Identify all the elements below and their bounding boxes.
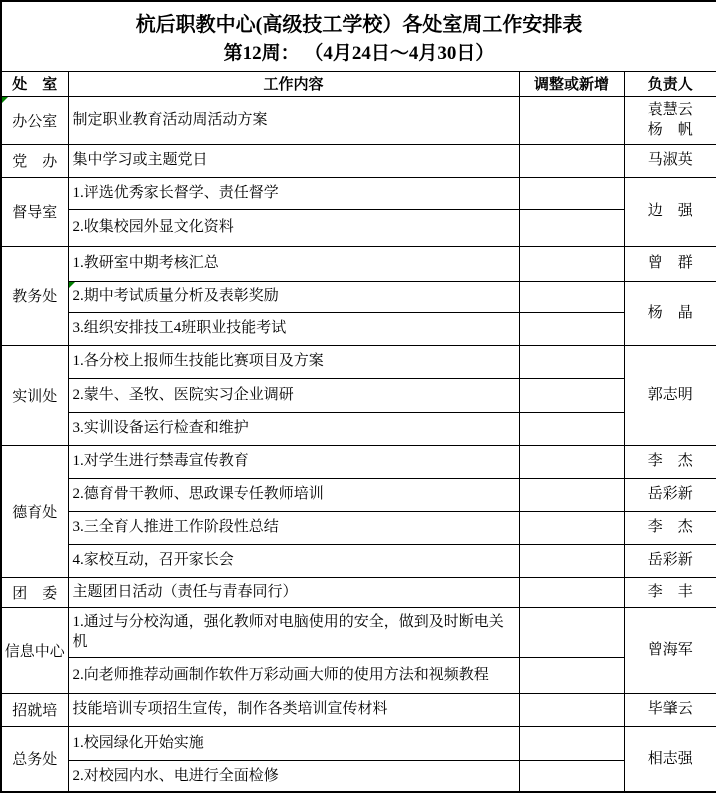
header-owner: 负责人 bbox=[624, 71, 716, 96]
adjust-cell bbox=[519, 478, 624, 511]
owner-cell: 李 杰 bbox=[624, 511, 716, 544]
task-cell: 主题团日活动（责任与青春同行） bbox=[68, 577, 519, 607]
dept-cell: 招就培 bbox=[1, 693, 68, 726]
dept-cell: 教务处 bbox=[1, 246, 68, 345]
dept-label: 办公室 bbox=[12, 114, 57, 130]
dept-cell: 信息中心 bbox=[1, 607, 68, 693]
adjust-cell bbox=[519, 144, 624, 177]
owner-cell: 郭志明 bbox=[624, 345, 716, 445]
adjust-cell bbox=[519, 281, 624, 312]
owner-cell: 李 杰 bbox=[624, 445, 716, 478]
title-cell: 杭后职教中心(高级技工学校）各处室周工作安排表 第12周： （4月24日～4月3… bbox=[1, 1, 716, 71]
task-cell: 1.各分校上报师生技能比赛项目及方案 bbox=[68, 345, 519, 378]
table-row: 3.实训设备运行检查和维护 bbox=[1, 412, 716, 445]
table-subtitle: 第12周： （4月24日～4月30日） bbox=[2, 40, 716, 68]
adjust-cell bbox=[519, 412, 624, 445]
task-cell: 2.对校园内水、电进行全面检修 bbox=[68, 760, 519, 792]
owner-cell: 马淑英 bbox=[624, 144, 716, 177]
table-row: 德育处 1.对学生进行禁毒宣传教育 李 杰 bbox=[1, 445, 716, 478]
table-row: 招就培 技能培训专项招生宣传，制作各类培训宣传材料 毕肇云 bbox=[1, 693, 716, 726]
owner-cell: 毕肇云 bbox=[624, 693, 716, 726]
table-row: 2.对校园内水、电进行全面检修 bbox=[1, 760, 716, 792]
task-cell: 技能培训专项招生宣传，制作各类培训宣传材料 bbox=[68, 693, 519, 726]
adjust-cell bbox=[519, 378, 624, 412]
task-cell: 3.组织安排技工4班职业技能考试 bbox=[68, 312, 519, 345]
task-cell: 1.教研室中期考核汇总 bbox=[68, 246, 519, 281]
owner-cell: 李 丰 bbox=[624, 577, 716, 607]
task-cell: 1.通过与分校沟通，强化教师对电脑使用的安全，做到及时断电关机 bbox=[68, 607, 519, 657]
task-cell: 1.评选优秀家长督学、责任督学 bbox=[68, 177, 519, 209]
dept-cell: 实训处 bbox=[1, 345, 68, 445]
task-cell: 4.家校互动，召开家长会 bbox=[68, 544, 519, 577]
table-row: 2.期中考试质量分析及表彰奖励 杨 晶 bbox=[1, 281, 716, 312]
adjust-cell bbox=[519, 607, 624, 657]
task-cell: 2.期中考试质量分析及表彰奖励 bbox=[68, 281, 519, 312]
table-row: 总务处 1.校园绿化开始实施 相志强 bbox=[1, 726, 716, 760]
task-cell: 2.蒙牛、圣牧、医院实习企业调研 bbox=[68, 378, 519, 412]
adjust-cell bbox=[519, 96, 624, 144]
adjust-cell bbox=[519, 577, 624, 607]
task-cell: 2.向老师推荐动画制作软件万彩动画大师的使用方法和视频教程 bbox=[68, 657, 519, 693]
table-row: 4.家校互动，召开家长会 岳彩新 bbox=[1, 544, 716, 577]
header-content: 工作内容 bbox=[68, 71, 519, 96]
dept-cell: 团 委 bbox=[1, 577, 68, 607]
table-row: 2.德育骨干教师、思政课专任教师培训 岳彩新 bbox=[1, 478, 716, 511]
adjust-cell bbox=[519, 177, 624, 209]
task-cell: 2.收集校园外显文化资料 bbox=[68, 209, 519, 246]
owner-cell: 相志强 bbox=[624, 726, 716, 792]
task-cell: 3.实训设备运行检查和维护 bbox=[68, 412, 519, 445]
table-title: 杭后职教中心(高级技工学校）各处室周工作安排表 bbox=[2, 5, 716, 40]
adjust-cell bbox=[519, 345, 624, 378]
table-row: 信息中心 1.通过与分校沟通，强化教师对电脑使用的安全，做到及时断电关机 曾海军 bbox=[1, 607, 716, 657]
owner-cell: 杨 晶 bbox=[624, 281, 716, 345]
task-cell: 制定职业教育活动周活动方案 bbox=[68, 96, 519, 144]
adjust-cell bbox=[519, 760, 624, 792]
header-row: 处 室 工作内容 调整或新增 负责人 bbox=[1, 71, 716, 96]
dept-cell: 督导室 bbox=[1, 177, 68, 246]
adjust-cell bbox=[519, 693, 624, 726]
table-row: 教务处 1.教研室中期考核汇总 曾 群 bbox=[1, 246, 716, 281]
dept-cell: 德育处 bbox=[1, 445, 68, 577]
header-dept: 处 室 bbox=[1, 71, 68, 96]
owner-cell: 岳彩新 bbox=[624, 544, 716, 577]
dept-cell: 总务处 bbox=[1, 726, 68, 792]
task-cell: 1.对学生进行禁毒宣传教育 bbox=[68, 445, 519, 478]
task-label: 2.期中考试质量分析及表彰奖励 bbox=[73, 288, 279, 304]
owner-cell: 袁慧云 杨 帆 bbox=[624, 96, 716, 144]
owner-cell: 边 强 bbox=[624, 177, 716, 246]
adjust-cell bbox=[519, 726, 624, 760]
table-row: 督导室 1.评选优秀家长督学、责任督学 边 强 bbox=[1, 177, 716, 209]
work-schedule-table: 杭后职教中心(高级技工学校）各处室周工作安排表 第12周： （4月24日～4月3… bbox=[0, 0, 716, 793]
table-row: 3.组织安排技工4班职业技能考试 bbox=[1, 312, 716, 345]
dept-cell: 办公室 bbox=[1, 96, 68, 144]
owner-cell: 曾 群 bbox=[624, 246, 716, 281]
table-row: 实训处 1.各分校上报师生技能比赛项目及方案 郭志明 bbox=[1, 345, 716, 378]
adjust-cell bbox=[519, 246, 624, 281]
adjust-cell bbox=[519, 544, 624, 577]
task-cell: 3.三全育人推进工作阶段性总结 bbox=[68, 511, 519, 544]
task-cell: 2.德育骨干教师、思政课专任教师培训 bbox=[68, 478, 519, 511]
adjust-cell bbox=[519, 209, 624, 246]
table-row: 党 办 集中学习或主题党日 马淑英 bbox=[1, 144, 716, 177]
table-row: 2.蒙牛、圣牧、医院实习企业调研 bbox=[1, 378, 716, 412]
adjust-cell bbox=[519, 511, 624, 544]
dept-cell: 党 办 bbox=[1, 144, 68, 177]
task-cell: 集中学习或主题党日 bbox=[68, 144, 519, 177]
adjust-cell bbox=[519, 445, 624, 478]
table-row: 2.收集校园外显文化资料 bbox=[1, 209, 716, 246]
task-cell: 1.校园绿化开始实施 bbox=[68, 726, 519, 760]
header-adjust: 调整或新增 bbox=[519, 71, 624, 96]
adjust-cell bbox=[519, 657, 624, 693]
adjust-cell bbox=[519, 312, 624, 345]
table-row: 团 委 主题团日活动（责任与青春同行） 李 丰 bbox=[1, 577, 716, 607]
owner-cell: 曾海军 bbox=[624, 607, 716, 693]
table-row: 办公室 制定职业教育活动周活动方案 袁慧云 杨 帆 bbox=[1, 96, 716, 144]
table-row: 3.三全育人推进工作阶段性总结 李 杰 bbox=[1, 511, 716, 544]
excel-error-marker-icon bbox=[2, 97, 8, 103]
title-row: 杭后职教中心(高级技工学校）各处室周工作安排表 第12周： （4月24日～4月3… bbox=[1, 1, 716, 71]
owner-cell: 岳彩新 bbox=[624, 478, 716, 511]
table-row: 2.向老师推荐动画制作软件万彩动画大师的使用方法和视频教程 bbox=[1, 657, 716, 693]
excel-error-marker-icon bbox=[69, 282, 75, 288]
